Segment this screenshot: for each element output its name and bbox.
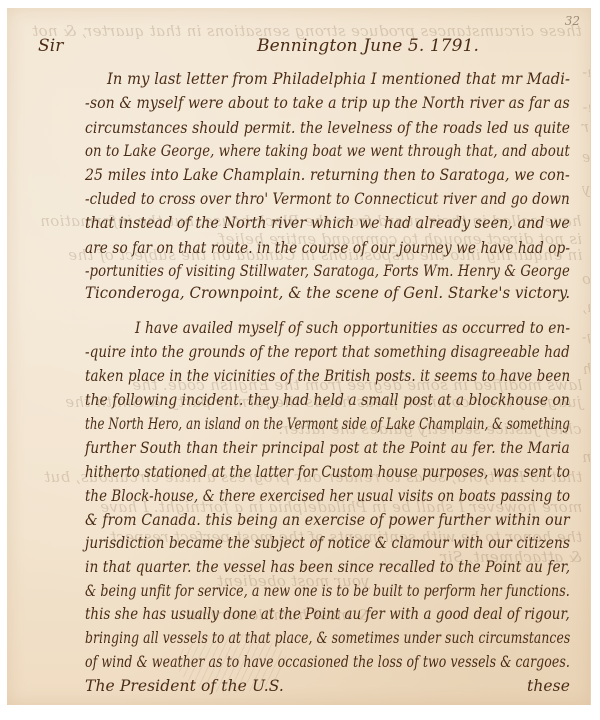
- letter-line: 25 miles into Lake Champlain. returning …: [85, 166, 570, 184]
- bleed-line: a few days ago with a company of men fro…: [582, 180, 590, 198]
- bleed-line: siderable alarm. a quarrelling story of …: [582, 118, 590, 136]
- letter-page: these circumstances produce strong sensa…: [7, 8, 591, 705]
- catchword: these: [527, 677, 570, 695]
- salutation: Sir: [38, 36, 64, 56]
- letter-line: taken place in the vicinities of the Bri…: [85, 367, 570, 385]
- letter-line: I have availed myself of such opportunit…: [135, 319, 570, 337]
- letter-line: -cluded to cross over thro' Vermont to C…: [85, 190, 570, 208]
- letter-line: are so far on that route. in the course …: [85, 239, 570, 257]
- letter-line: the Block-house, & there exercised her u…: [85, 487, 570, 505]
- addressee: The President of the U.S.: [85, 677, 284, 695]
- letter-line: further South than their principal post …: [85, 439, 570, 457]
- bleed-line: two parties; the English who desire some…: [582, 298, 590, 316]
- bleed-line: Point au fer had been the cause, or the …: [582, 148, 590, 166]
- letter-line: circumstances should permit. the levelne…: [85, 119, 570, 137]
- letter-line: & being unfit for service, a new one is …: [85, 582, 570, 600]
- letter-line: hitherto stationed at the latter for Cus…: [85, 463, 570, 481]
- bleed-line: house at Alburg, nearly opposite to Poin…: [582, 98, 590, 116]
- letter-line: of wind & weather as to have occasioned …: [85, 653, 570, 671]
- letter-line: this she has usually done at the Point a…: [85, 605, 570, 623]
- letter-line: the North Hero, an island on the Vermont…: [85, 415, 570, 433]
- letter-line: & from Canada. this being an exercise of…: [85, 511, 570, 529]
- letter-line: Ticonderoga, Crownpoint, & the scene of …: [85, 284, 570, 302]
- letter-line: on to Lake George, where taking boat we …: [85, 142, 570, 160]
- letter-line: bringing all vessels to at that place, &…: [85, 629, 570, 647]
- letter-line: -portunities of visiting Stillwater, Sar…: [85, 262, 570, 280]
- letter-line: the following incident. they had held a …: [85, 391, 570, 409]
- letter-line: In my last letter from Philadelphia I me…: [107, 70, 570, 88]
- letter-line: -quire into the grounds of the report th…: [85, 343, 570, 361]
- dateline: Bennington June 5. 1791.: [257, 36, 479, 56]
- bleed-line: projected form of government there, we l…: [582, 270, 590, 288]
- letter-line: that instead of the North river which we…: [85, 214, 570, 232]
- bleed-line: -lish representatives. if the French who…: [582, 360, 590, 378]
- letter-line: jurisdiction became the subject of notic…: [85, 534, 570, 552]
- bleed-line: we proceed to-morrow across the mountain…: [582, 448, 590, 466]
- bleed-line: but so modelled as to oblige the French …: [582, 328, 590, 346]
- page-number: 32: [565, 14, 580, 28]
- letter-line: in that quarter. the vessel has been sin…: [85, 558, 570, 576]
- bleed-line: friendly to the character of our governm…: [582, 63, 590, 81]
- letter-line: -son & myself were about to take a trip …: [85, 94, 570, 112]
